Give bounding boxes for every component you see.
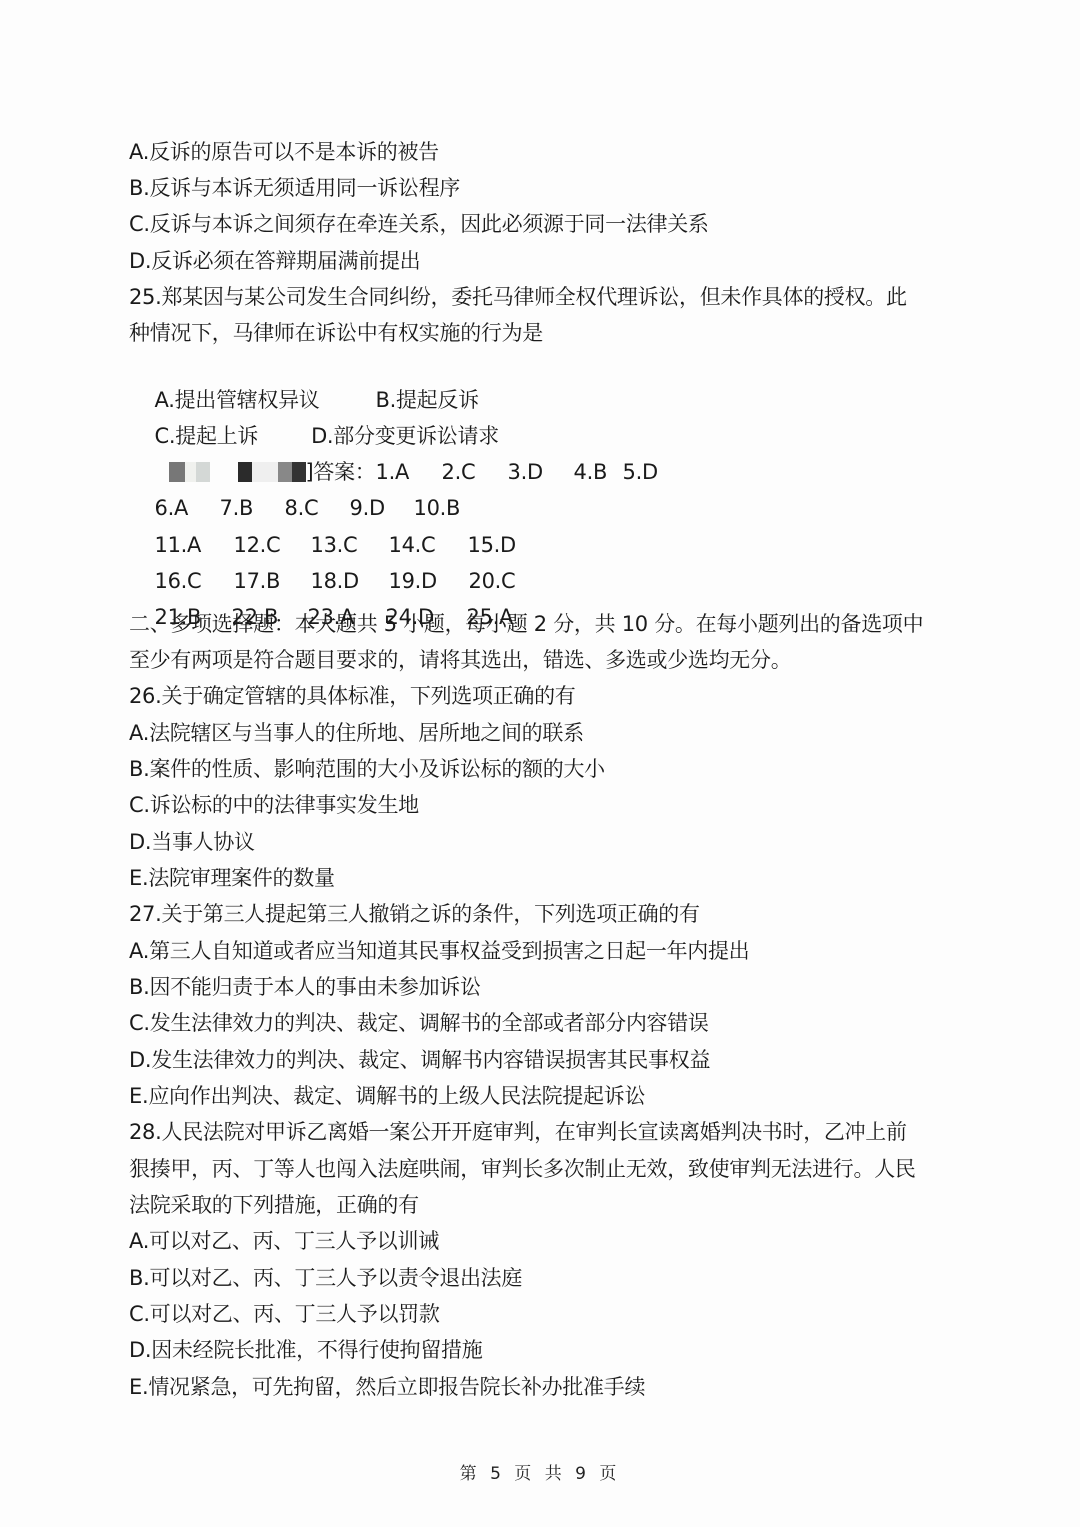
q28-option-e: E.情况紧急，可先拘留，然后立即报告院长补办批准手续: [129, 1372, 645, 1402]
q27-option-a: A.第三人自知道或者应当知道其民事权益受到损害之日起一年内提出: [129, 936, 749, 966]
q28-option-b: B.可以对乙、丙、丁三人予以责令退出法庭: [129, 1263, 522, 1293]
q25-stem-line2: 种情况下，马律师在诉讼中有权实施的行为是: [129, 318, 543, 348]
q28-stem-line1: 28.人民法院对甲诉乙离婚一案公开开庭审判，在审判长宣读离婚判决书时，乙冲上前: [129, 1117, 907, 1147]
q26-option-d: D.当事人协议: [129, 827, 255, 857]
q27-option-e: E.应向作出判决、裁定、调解书的上级人民法院提起诉讼: [129, 1081, 645, 1111]
q26-stem: 26.关于确定管辖的具体标准，下列选项正确的有: [129, 681, 576, 711]
q28-option-a: A.可以对乙、丙、丁三人予以训诫: [129, 1226, 439, 1256]
q28-option-c: C.可以对乙、丙、丁三人予以罚款: [129, 1299, 440, 1329]
section2-instructions-line2: 至少有两项是符合题目要求的，请将其选出，错选、多选或少选均无分。: [129, 645, 791, 675]
q25-stem-line1: 25.郑某因与某公司发生合同纠纷，委托马律师全权代理诉讼，但未作具体的授权。此: [129, 282, 907, 312]
q26-option-c: C.诉讼标的中的法律事实发生地: [129, 790, 419, 820]
q27-stem: 27.关于第三人提起第三人撤销之诉的条件，下列选项正确的有: [129, 899, 700, 929]
page-number: 第 5 页 共 9 页: [0, 1459, 1080, 1484]
q24-option-c: C.反诉与本诉之间须存在牵连关系，因此必须源于同一法律关系: [129, 209, 709, 239]
q28-stem-line2: 狠揍甲，丙、丁等人也闯入法庭哄闹，审判长多次制止无效，致使审判无法进行。人民: [129, 1154, 916, 1184]
q26-option-a: A.法院辖区与当事人的住所地、居所地之间的联系: [129, 718, 584, 748]
section2-instructions-line1: 二、多项选择题：本大题共 5 小题，每小题 2 分，共 10 分。在每小题列出的…: [129, 609, 923, 639]
q26-option-b: B.案件的性质、影响范围的大小及诉讼标的额的大小: [129, 754, 605, 784]
q28-option-d: D.因未经院长批准，不得行使拘留措施: [129, 1335, 482, 1365]
exam-page: A.反诉的原告可以不是本诉的被告 B.反诉与本诉无须适用同一诉讼程序 C.反诉与…: [0, 0, 1080, 1527]
q26-option-e: E.法院审理案件的数量: [129, 863, 335, 893]
q27-option-b: B.因不能归责于本人的事由未参加诉讼: [129, 972, 481, 1002]
q27-option-c: C.发生法律效力的判决、裁定、调解书的全部或者部分内容错误: [129, 1008, 709, 1038]
q27-option-d: D.发生法律效力的判决、裁定、调解书内容错误损害其民事权益: [129, 1045, 710, 1075]
answer-cell: 5.D: [623, 457, 658, 487]
q24-option-b: B.反诉与本诉无须适用同一诉讼程序: [129, 173, 460, 203]
q24-option-a: A.反诉的原告可以不是本诉的被告: [129, 137, 439, 167]
answer-cell: 4.B: [574, 457, 623, 487]
q28-stem-line3: 法院采取的下列措施，正确的有: [129, 1190, 419, 1220]
q24-option-d: D.反诉必须在答辩期届满前提出: [129, 246, 420, 276]
answer-cell: 3.D: [508, 457, 574, 487]
